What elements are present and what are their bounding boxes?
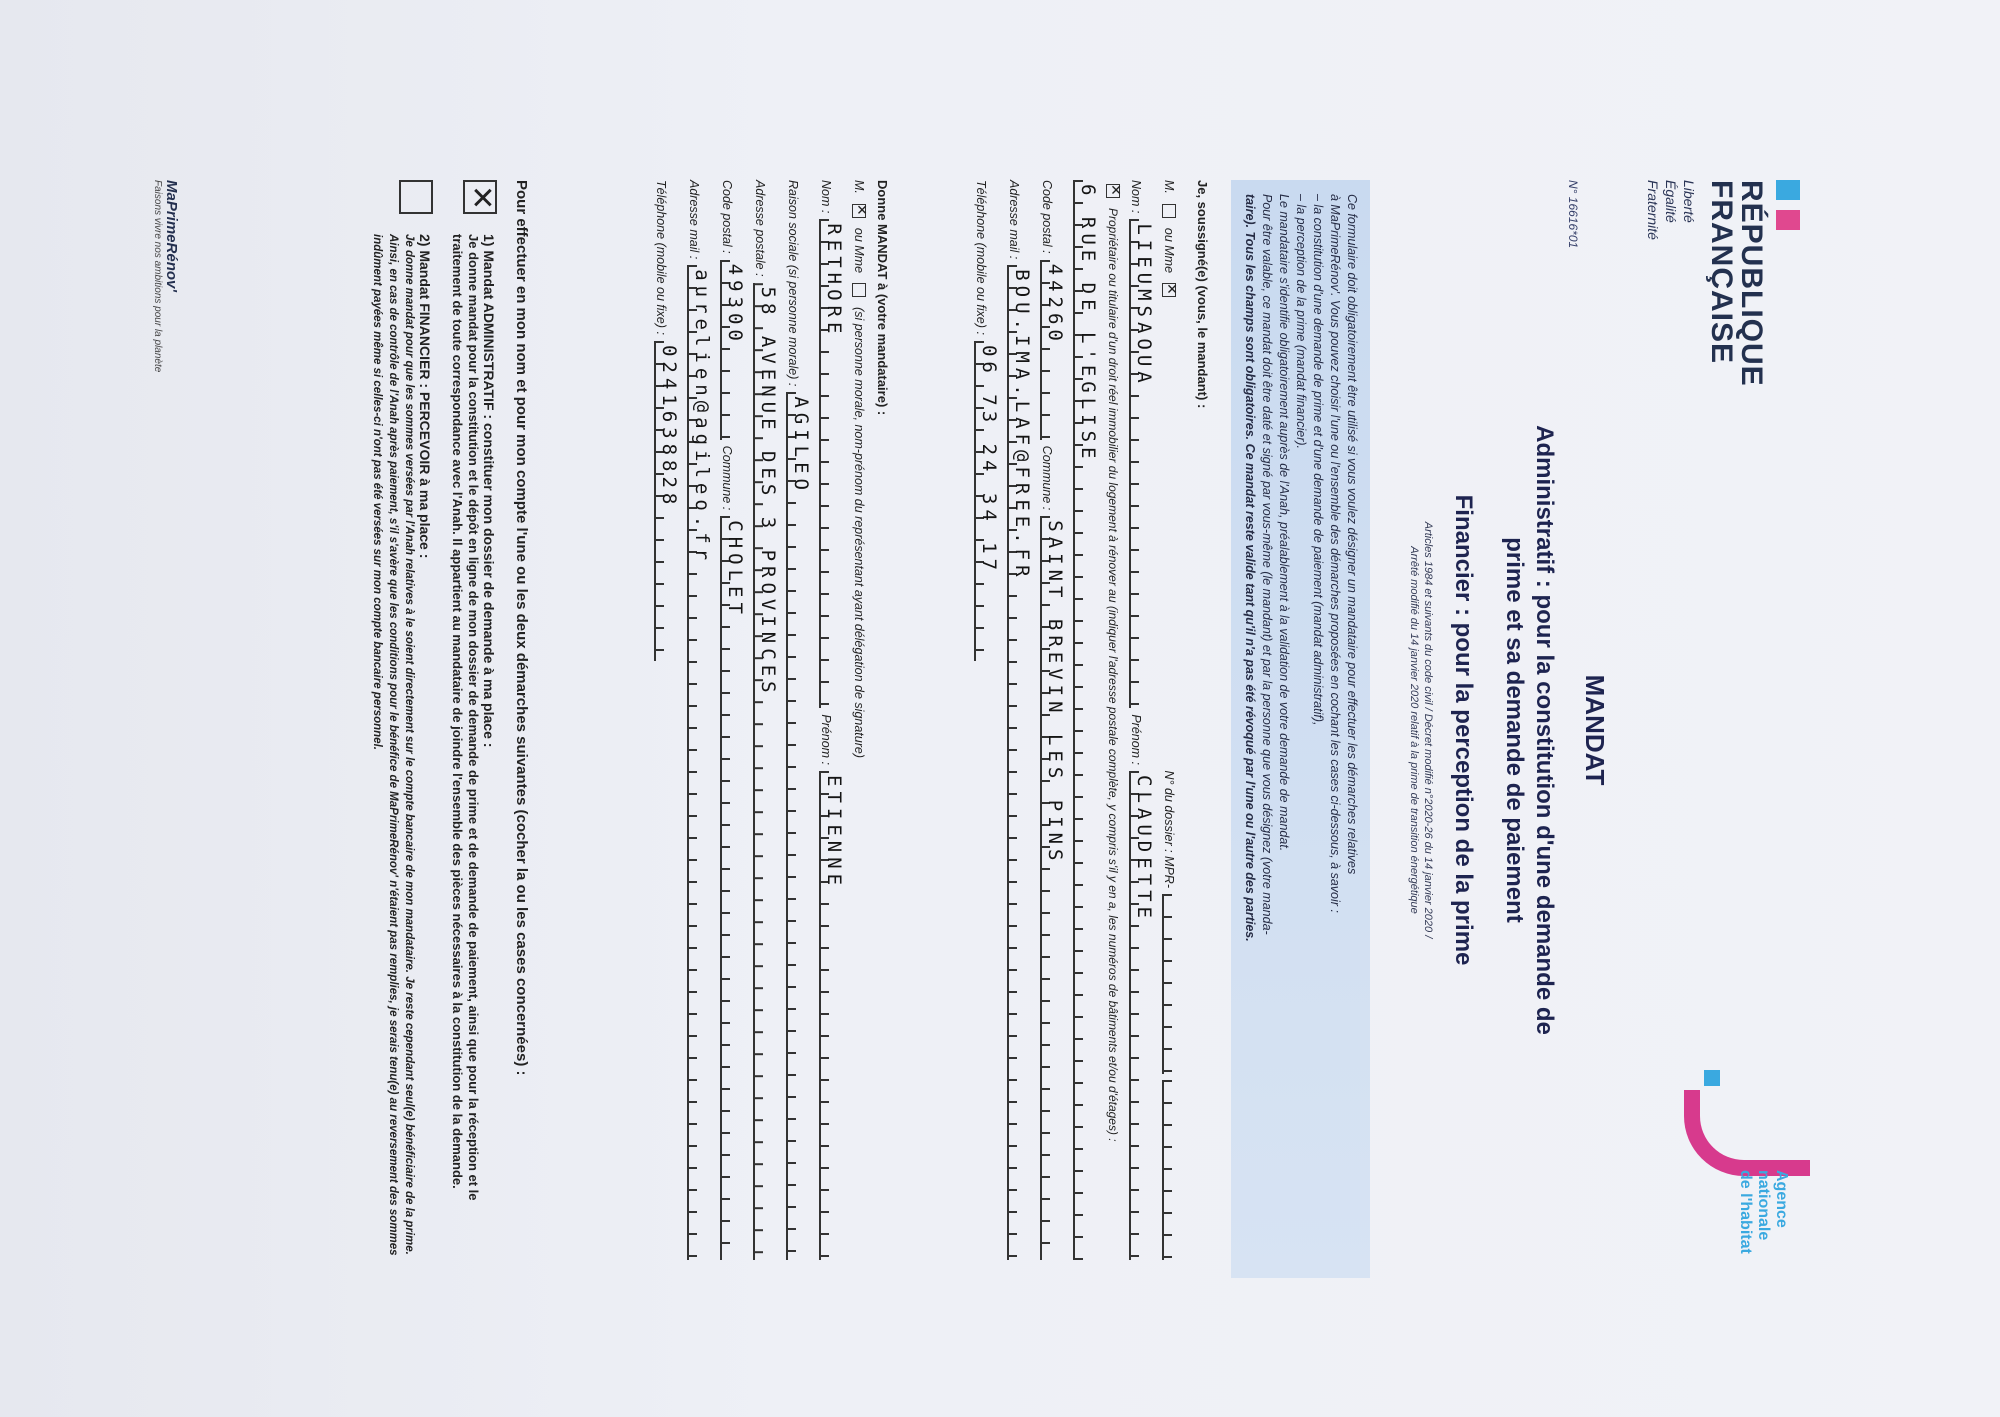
civility-m-label: M. [1162, 180, 1176, 194]
mandataire-name-row: Nom : RETHORE Prénom : ETIENNE [819, 180, 843, 1260]
legal-line1: Articles 1984 et suivants du code civil … [1421, 400, 1435, 1060]
legal-line2: Arrêté modifié du 14 janvier 2020 relati… [1407, 400, 1421, 1060]
republique-francaise-logo: RÉPUBLIQUE FRANÇAISE Liberté Égalité Fra… [1644, 180, 1800, 387]
mandataire-cp-value: 49300 [724, 264, 746, 346]
maprimerenov-logo: MaPrimeRénov' Faisons vivre nos ambition… [152, 180, 180, 372]
mandant-email-row: Adresse mail : BOU.IMA.LAF@FREE.FR [1007, 180, 1031, 1260]
mandataire-phone-value: 0241638828 [658, 345, 680, 509]
anah-name-line1: Agence [1772, 1170, 1790, 1254]
mandataire-prenom-value: ETIENNE [823, 775, 845, 890]
mandant-commune-field[interactable]: SAINT BREVIN LES PINS [1040, 516, 1064, 1260]
mandataire-mme-checkbox[interactable] [852, 283, 866, 297]
mandataire-commune-value: CHOLET [724, 520, 746, 619]
mandant-name-row: Nom : LIEUMSAOUA Prénom : CLAUDETTE [1129, 180, 1153, 1260]
code-postal-label: Code postal : [720, 180, 734, 254]
civility-m-label: M. [852, 180, 866, 194]
page-title: MANDAT [1579, 400, 1610, 1060]
motto-fraternite: Fraternité [1644, 180, 1662, 387]
mandataire-address-row: Adresse postale : 58 AVENUE DES 3 PROVIN… [753, 180, 777, 1260]
mandant-phone-value: 06 73 24 34 17 [978, 345, 1000, 575]
anah-square-icon [1704, 1070, 1720, 1086]
motto: Liberté Égalité Fraternité [1644, 180, 1698, 387]
mandat-financier-text: Je donne mandat pour que les sommes vers… [369, 234, 417, 1260]
prenom-label: Prénom : [819, 714, 833, 765]
mandant-cp-value: 44260 [1044, 264, 1066, 346]
civility-note: (si personne morale, nom-prénom du repré… [852, 307, 866, 758]
mandataire-commune-field[interactable]: CHOLET [720, 516, 744, 1260]
title-administratif: Administratif : pour la constitution d'u… [1499, 400, 1559, 1060]
mandat-administratif-heading: 1) Mandat ADMINISTRATIF : constituer mon… [481, 234, 497, 1260]
dossier-label: N° du dossier : MPR- [1162, 770, 1176, 888]
info-line: Le mandataire s'identifie obligatoiremen… [1275, 194, 1292, 1264]
mandat-administratif-checkbox[interactable] [463, 180, 497, 214]
mandataire-raison-value: AGILEO [790, 396, 812, 495]
mandant-nom-field[interactable]: LIEUMSAOUA [1129, 219, 1153, 708]
mandat-administratif: 1) Mandat ADMINISTRATIF : constituer mon… [449, 180, 497, 1260]
mandant-commune-value: SAINT BREVIN LES PINS [1044, 520, 1066, 865]
mandant-section: Je, soussigné(e) (vous, le mandant) : M.… [965, 180, 1210, 1260]
mandataire-phone-row: Téléphone (mobile ou fixe) : 0241638828 [654, 180, 678, 1260]
mandant-email-field[interactable]: BOU.IMA.LAF@FREE.FR [1007, 265, 1031, 1260]
anah-name-line3: de l'habitat [1736, 1170, 1754, 1254]
raison-sociale-label: Raison sociale (si personne morale) : [786, 180, 800, 386]
commune-label: Commune : [1040, 446, 1054, 511]
mandataire-raison-row: Raison sociale (si personne morale) : AG… [786, 180, 810, 1260]
anah-swoosh-icon [1684, 1090, 1810, 1176]
info-line: taire). Tous les champs sont obligatoire… [1241, 194, 1258, 1264]
info-line: – la constitution d'une demande de prime… [1309, 194, 1326, 1264]
telephone-label: Téléphone (mobile ou fixe) : [654, 180, 668, 335]
mandataire-adresse-value: 58 AVENUE DES 3 PROVINCES [757, 287, 779, 698]
email-label: Adresse mail : [687, 180, 701, 259]
mandataire-cp-field[interactable]: 49300 [720, 260, 744, 440]
mandataire-email-row: Adresse mail : aurelien@agileo.fr [687, 180, 711, 1260]
demarches-intro: Pour effectuer en mon nom et pour mon co… [513, 180, 530, 1260]
proprietaire-text: Propriétaire ou titulaire d'un droit rée… [1106, 208, 1120, 1142]
civility-mme-label: ou Mme [1162, 228, 1176, 273]
footer-tagline: Faisons vivre nos ambitions pour la plan… [152, 180, 163, 372]
nom-label: Nom : [819, 180, 833, 213]
info-box: Ce formulaire doit obligatoirement être … [1231, 180, 1370, 1278]
footer-brand: MaPrimeRénov' [163, 180, 180, 372]
mandataire-adresse-field[interactable]: 58 AVENUE DES 3 PROVINCES [753, 283, 777, 1260]
anah-logo: Agence nationale de l'habitat [1670, 1070, 1820, 1270]
civility-mme-label: ou Mme [852, 228, 866, 273]
mandataire-m-checkbox[interactable] [852, 204, 866, 218]
mandant-prenom-value: CLAUDETTE [1133, 775, 1155, 923]
mandant-m-checkbox[interactable] [1162, 204, 1176, 218]
marianne-flag-icon [1776, 180, 1800, 387]
adresse-label: Adresse postale : [753, 180, 767, 277]
info-line: à MaPrimeRénov'. Vous pouvez choisir l'u… [1326, 194, 1343, 1264]
legal-reference: Articles 1984 et suivants du code civil … [1407, 400, 1435, 1060]
mandant-phone-row: Téléphone (mobile ou fixe) : 06 73 24 34… [974, 180, 998, 1260]
republic-line2: FRANÇAISE [1706, 180, 1736, 387]
mandat-financier: 2) Mandat FINANCIER : PERCEVOIR à ma pla… [369, 180, 433, 1260]
commune-label: Commune : [720, 446, 734, 511]
telephone-label: Téléphone (mobile ou fixe) : [974, 180, 988, 335]
info-line: Pour être valable, ce mandat doit être d… [1258, 194, 1275, 1264]
mandataire-heading: Donne MANDAT à (votre mandataire) : [875, 180, 890, 1260]
mandataire-email-field[interactable]: aurelien@agileo.fr [687, 265, 711, 1260]
mandant-mme-checkbox[interactable] [1162, 283, 1176, 297]
mandant-heading: Je, soussigné(e) (vous, le mandant) : [1195, 180, 1210, 1260]
mandant-prenom-field[interactable]: CLAUDETTE [1129, 771, 1153, 1260]
mandat-administratif-text: Je donne mandat pour la constitution et … [449, 234, 481, 1260]
mandataire-email-value: aurelien@agileo.fr [691, 269, 713, 565]
mandant-adresse-value: 6 RUE DE L'EGLISE [1077, 184, 1099, 463]
motto-liberte: Liberté [1680, 180, 1698, 387]
form-reference-number: N° 16616*01 [1566, 180, 1580, 248]
email-label: Adresse mail : [1007, 180, 1021, 259]
proprietaire-checkbox[interactable] [1106, 184, 1120, 198]
mandataire-civility-row: M. ou Mme (si personne morale, nom-préno… [852, 180, 866, 1260]
scanned-page-background: RÉPUBLIQUE FRANÇAISE Liberté Égalité Fra… [0, 0, 2000, 1417]
anah-name-line2: nationale [1754, 1170, 1772, 1254]
mandant-city-row: Code postal : 44260 Commune : SAINT BREV… [1040, 180, 1064, 1260]
demarches-section: Pour effectuer en mon nom et pour mon co… [369, 180, 530, 1260]
anah-name: Agence nationale de l'habitat [1736, 1170, 1790, 1254]
mandat-financier-checkbox[interactable] [399, 180, 433, 214]
dossier-number-field-2[interactable] [1162, 1080, 1186, 1260]
mandataire-nom-field[interactable]: RETHORE [819, 219, 843, 708]
info-line: – la perception de la prime (mandat fina… [1292, 194, 1309, 1264]
title-block: MANDAT Administratif : pour la constitut… [1407, 400, 1610, 1060]
dossier-number-field[interactable] [1162, 894, 1186, 1074]
info-line: Ce formulaire doit obligatoirement être … [1343, 194, 1360, 1264]
mandataire-nom-value: RETHORE [823, 223, 845, 338]
prenom-label: Prénom : [1129, 714, 1143, 765]
mandat-financier-heading: 2) Mandat FINANCIER : PERCEVOIR à ma pla… [417, 234, 433, 1260]
motto-egalite: Égalité [1662, 180, 1680, 387]
mandataire-phone-field[interactable]: 0241638828 [654, 341, 678, 661]
mandant-adresse-field[interactable]: 6 RUE DE L'EGLISE [1073, 180, 1097, 1260]
code-postal-label: Code postal : [1040, 180, 1054, 254]
proprietaire-row: Propriétaire ou titulaire d'un droit rée… [1106, 180, 1120, 1260]
mandataire-prenom-field[interactable]: ETIENNE [819, 771, 843, 1260]
mandant-nom-value: LIEUMSAOUA [1133, 223, 1155, 387]
mandant-email-value: BOU.IMA.LAF@FREE.FR [1011, 269, 1033, 581]
mandant-address-row: 6 RUE DE L'EGLISE [1073, 180, 1097, 1260]
civility-row: M. ou Mme N° du dossier : MPR- [1162, 180, 1186, 1260]
mandant-phone-field[interactable]: 06 73 24 34 17 [974, 341, 998, 661]
nom-label: Nom : [1129, 180, 1143, 213]
title-financier: Financier : pour la perception de la pri… [1449, 400, 1477, 1060]
mandataire-section: Donne MANDAT à (votre mandataire) : M. o… [645, 180, 890, 1260]
mandat-form-page: RÉPUBLIQUE FRANÇAISE Liberté Égalité Fra… [50, 70, 1950, 1350]
mandant-cp-field[interactable]: 44260 [1040, 260, 1064, 440]
mandataire-city-row: Code postal : 49300 Commune : CHOLET [720, 180, 744, 1260]
mandataire-raison-field[interactable]: AGILEO [786, 392, 810, 1260]
republic-line1: RÉPUBLIQUE [1736, 180, 1766, 387]
